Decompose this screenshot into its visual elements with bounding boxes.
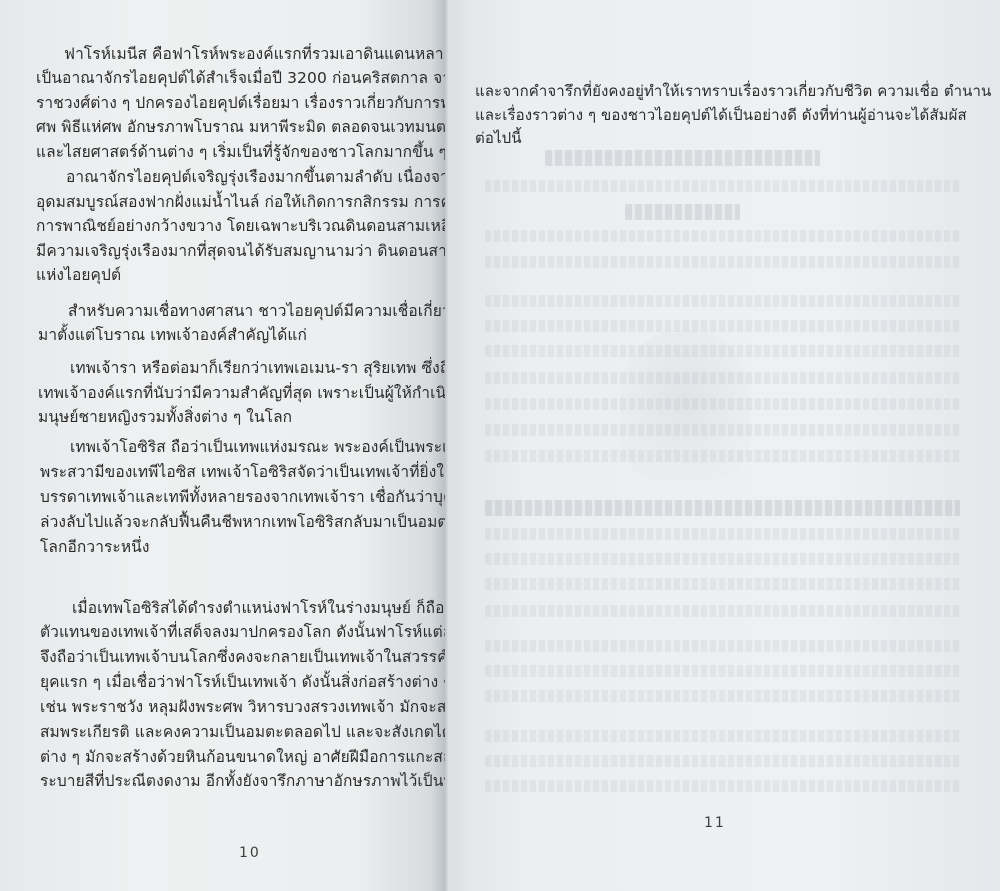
text-line: จึงถือว่าเป็นเทพเจ้าบนโลกซึ่งคงจะกลายเป็… — [40, 644, 445, 669]
ghost-line — [485, 553, 960, 565]
text-line: เทพเจ้าองค์แรกที่นับว่ามีความสำคัญที่สุด… — [38, 380, 445, 405]
text-line: มาตั้งแต่โบราณ เทพเจ้าองค์สำคัญได้แก่ — [38, 322, 307, 347]
ghost-line — [485, 730, 960, 742]
ghost-line — [485, 180, 960, 192]
page-number-right: 11 — [704, 815, 726, 831]
text-line: เป็นอาณาจักรไอยคุปต์ได้สำเร็จเมื่อปี 320… — [36, 65, 445, 90]
text-line: เทพเจ้าโอซิริส ถือว่าเป็นเทพแห่งมรณะ พระ… — [70, 434, 445, 459]
text-line: ศพ พิธีแห่ศพ อักษรภาพโบราณ มหาพีระมิด ตล… — [36, 114, 445, 139]
ghost-heading — [625, 204, 740, 220]
text-line: การพาณิชย์อย่างกว้างขวาง โดยเฉพาะบริเวณด… — [36, 213, 445, 238]
right-page: และจากคำจารึกที่ยังคงอยู่ทำให้เราทราบเรื… — [445, 0, 1000, 891]
ghost-heading — [485, 500, 960, 516]
text-line: และไสยศาสตร์ด้านต่าง ๆ เริ่มเป็นที่รู้จั… — [36, 139, 445, 164]
ghost-line — [485, 605, 960, 617]
text-line: แห่งไอยคุปต์ — [36, 262, 121, 287]
book-spread: ฟาโรห์เมนีส คือฟาโรห์พระองค์แรกที่รวมเอา… — [0, 0, 1000, 891]
text-line: ราชวงศ์ต่าง ๆ ปกครองไอยคุปต์เรื่อยมา เรื… — [36, 90, 445, 115]
ghost-heading — [545, 150, 820, 166]
text-line: อุดมสมบูรณ์สองฟากฝั่งแม่น้ำไนล์ ก่อให้เก… — [36, 189, 445, 214]
left-page: ฟาโรห์เมนีส คือฟาโรห์พระองค์แรกที่รวมเอา… — [0, 0, 445, 891]
text-line: และเรื่องราวต่าง ๆ ของชาวไอยคุปต์ได้เป็น… — [475, 103, 967, 127]
text-line: ต่าง ๆ มักจะสร้างด้วยหินก้อนขนาดใหญ่ อาศ… — [40, 744, 445, 769]
text-line: บรรดาเทพเจ้าและเทพีทั้งหลายรองจากเทพเจ้า… — [40, 484, 445, 509]
ghost-line — [485, 780, 960, 792]
book-gutter — [432, 0, 462, 891]
ghost-line — [485, 230, 960, 242]
text-line: ฟาโรห์เมนีส คือฟาโรห์พระองค์แรกที่รวมเอา… — [64, 41, 445, 66]
text-line: ต่อไปนี้ — [475, 126, 522, 150]
ghost-line — [485, 578, 960, 590]
ghost-line — [485, 320, 960, 332]
ghost-line — [485, 640, 960, 652]
text-line: ระบายสีที่ประณีตงดงาม อีกทั้งยังจารึกภาษ… — [40, 768, 445, 793]
page-number-left: 10 — [239, 845, 261, 861]
text-line: ตัวแทนของเทพเจ้าที่เสด็จลงมาปกครองโลก ดั… — [40, 619, 445, 644]
ghost-line — [485, 528, 960, 540]
text-line: ล่วงลับไปแล้วจะกลับฟื้นคืนชีพหากเทพโอซิร… — [40, 509, 445, 534]
text-line: สำหรับความเชื่อทางศาสนา ชาวไอยคุปต์มีควา… — [68, 298, 445, 323]
text-line: มนุษย์ชายหญิงรวมทั้งสิ่งต่าง ๆ ในโลก — [38, 404, 292, 429]
ghost-line — [485, 755, 960, 767]
ghost-line — [485, 665, 960, 677]
ghost-line — [485, 295, 960, 307]
text-line: เช่น พระราชวัง หลุมฝังพระศพ วิหารบวงสรวง… — [40, 694, 445, 719]
text-line: เมื่อเทพโอซิริสได้ดำรงตำแหน่งฟาโรห์ในร่า… — [72, 595, 445, 620]
ghost-pharaoh-illustration — [620, 330, 750, 480]
text-line: พระสวามีของเทพีไอซิส เทพเจ้าโอซิริสจัดว่… — [40, 459, 445, 484]
ghost-line — [485, 256, 960, 268]
text-line: ยุคแรก ๆ เมื่อเชื่อว่าฟาโรห์เป็นเทพเจ้า … — [40, 669, 445, 694]
ghost-line — [485, 690, 960, 702]
text-line: สมพระเกียรติ และคงความเป็นอมตะตลอดไป และ… — [40, 719, 445, 744]
text-line: และจากคำจารึกที่ยังคงอยู่ทำให้เราทราบเรื… — [475, 79, 991, 103]
text-line: เทพเจ้ารา หรือต่อมาก็เรียกว่าเทพเอเมน-รา… — [70, 355, 445, 380]
text-line: มีความเจริญรุ่งเรืองมากที่สุดจนได้รับสมญ… — [36, 238, 445, 263]
text-line: โลกอีกวาระหนึ่ง — [40, 534, 150, 559]
text-line: อาณาจักรไอยคุปต์เจริญรุ่งเรืองมากขึ้นตาม… — [66, 164, 445, 189]
